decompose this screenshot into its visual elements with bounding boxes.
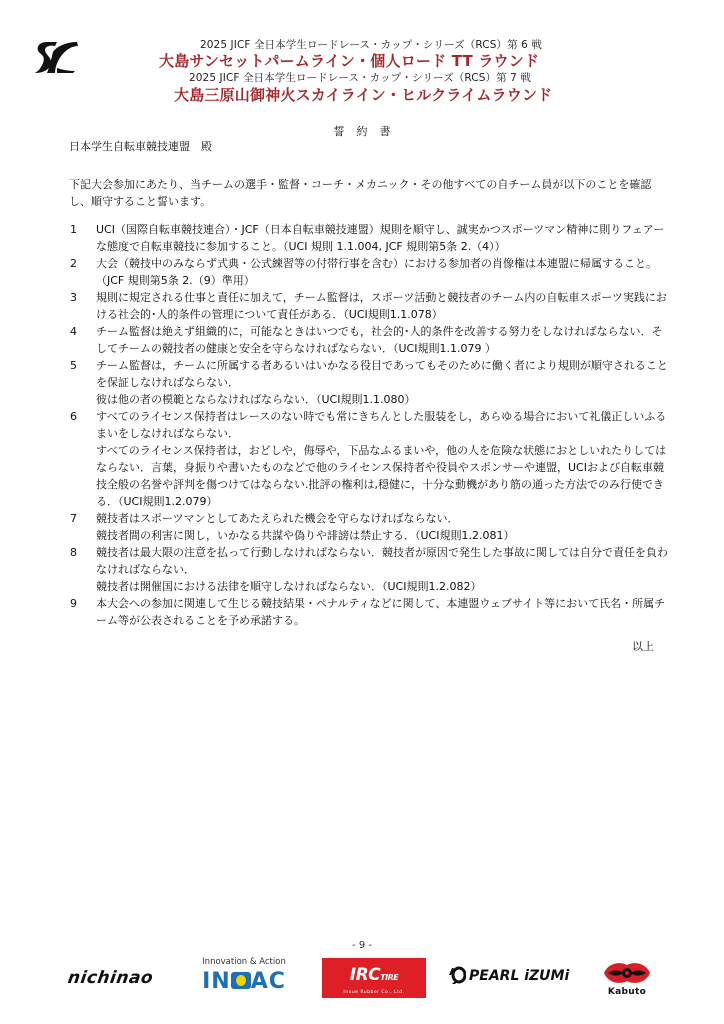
pledge-number: 6 [69, 408, 96, 510]
irc-mark: IRC [350, 965, 380, 985]
pledge-item: 1 UCI（国際自転車競技連合）・JCF（日本自転車競技連盟）規則を順守し、誠実… [69, 221, 669, 255]
pledge-text: チーム監督は，チームに所属する者あるいはいかなる役目であってもそのために働く者に… [96, 357, 669, 391]
pledge-number: 4 [69, 323, 96, 357]
pledge-item: 2 大会（競技中のみならず式典・公式練習等の付帯行事を含む）における参加者の肖像… [69, 255, 669, 289]
pledge-text: 競技者は最大限の注意を払って行動しなければならない．競技者が原因で発生した事故に… [96, 544, 669, 578]
closing-mark: 以上 [632, 638, 654, 654]
race-title-round-7: 大島三原山御神火スカイライン・ヒルクライムラウンド [174, 86, 552, 104]
kabuto-helmet-icon [602, 961, 652, 985]
pledge-number: 5 [69, 357, 96, 408]
pledge-number: 9 [69, 595, 96, 629]
pledge-text: 競技者間の利害に関し，いかなる共謀や偽りや誹謗は禁止する．（UCI規則1.2.0… [96, 527, 669, 544]
pledge-text: 本大会への参加に関連して生じる競技結果・ペナルティなどに関して、本連盟ウェブサイ… [96, 595, 669, 629]
addressee: 日本学生自転車競技連盟 殿 [69, 140, 212, 154]
pledge-number: 2 [69, 255, 96, 289]
pledge-text: 競技者は開催国における法律を順守しなければならない．（UCI規則1.2.082） [96, 578, 669, 595]
kabuto-logo: Kabuto [595, 961, 659, 998]
pledge-list: 1 UCI（国際自転車競技連合）・JCF（日本自転車競技連盟）規則を順守し、誠実… [69, 221, 669, 629]
series-line-round-6: 2025 JICF 全日本学生ロードレース・カップ・シリーズ（RCS）第 6 戦 [200, 38, 542, 52]
inoac-left: IN [202, 969, 231, 994]
irc-tire-logo: IRCTIRE Inoue Rubber Co., Ltd. [322, 958, 426, 998]
race-title-round-6: 大島サンセットパームライン・個人ロード TT ラウンド [159, 52, 539, 70]
pearl-izumi-text: PEARL iZUMi [469, 968, 569, 984]
pledge-item: 5 チーム監督は，チームに所属する者あるいはいかなる役目であってもそのために働く… [69, 357, 669, 408]
document-title: 誓約書 [0, 123, 724, 139]
sponsor-bar: nichinao Innovation & Action INAC IRCTIR… [0, 955, 724, 1005]
inoac-o-icon [231, 972, 251, 989]
inoac-logo: Innovation & Action INAC [192, 957, 296, 994]
irc-wordmark: IRCTIRE [322, 963, 426, 990]
pledge-item: 3 規則に規定される仕事と責任に加えて，チーム監督は，スポーツ活動と競技者のチー… [69, 289, 669, 323]
inoac-wordmark: INAC [192, 970, 296, 994]
pledge-text: 競技者はスポーツマンとしてあたえられた機会を守らなければならない． [96, 510, 669, 527]
pledge-item: 6 すべてのライセンス保持者はレースのない時でも常にきちんとした服装をし，あらゆ… [69, 408, 669, 510]
pearl-izumi-logo: PEARL iZUMi [448, 966, 569, 984]
pearl-izumi-icon [448, 966, 466, 984]
inoac-right: AC [251, 969, 286, 994]
pledge-text: すべてのライセンス保持者は，おどしや，侮辱や，下品なふるまいや，他の人を危険な状… [96, 442, 669, 510]
pledge-item: 7 競技者はスポーツマンとしてあたえられた機会を守らなければならない． 競技者間… [69, 510, 669, 544]
pledge-number: 1 [69, 221, 96, 255]
irc-tire-text: TIRE [380, 973, 398, 982]
pledge-text: チーム監督は絶えず組織的に，可能なときはいつでも，社会的･人的条件を改善する努力… [96, 323, 669, 357]
pledge-number: 8 [69, 544, 96, 595]
irc-company: Inoue Rubber Co., Ltd. [322, 990, 426, 996]
pledge-text: 彼は他の者の模範とならなければならない．（UCI規則1.1.080） [96, 391, 669, 408]
pledge-item: 9 本大会への参加に関連して生じる競技結果・ペナルティなどに関して、本連盟ウェブ… [69, 595, 669, 629]
kabuto-text: Kabuto [595, 987, 659, 998]
pledge-text: 規則に規定される仕事と責任に加えて，チーム監督は，スポーツ活動と競技者のチーム内… [96, 289, 669, 323]
pledge-item: 8 競技者は最大限の注意を払って行動しなければならない．競技者が原因で発生した事… [69, 544, 669, 595]
pledge-text: すべてのライセンス保持者はレースのない時でも常にきちんとした服装をし，あらゆる場… [96, 408, 669, 442]
pledge-item: 4 チーム監督は絶えず組織的に，可能なときはいつでも，社会的･人的条件を改善する… [69, 323, 669, 357]
sc-logo-icon [33, 40, 79, 74]
pledge-text: 大会（競技中のみならず式典・公式練習等の付帯行事を含む）における参加者の肖像権は… [96, 255, 669, 289]
page-number: - 9 - [0, 940, 724, 951]
nichinao-logo: nichinao [67, 968, 155, 988]
intro-paragraph: 下記大会参加にあたり、当チームの選手・監督・コーチ・メカニック・その他すべての自… [69, 176, 669, 210]
pledge-text: UCI（国際自転車競技連合）・JCF（日本自転車競技連盟）規則を順守し、誠実かつ… [96, 221, 669, 255]
pledge-number: 7 [69, 510, 96, 544]
inoac-tagline: Innovation & Action [192, 957, 296, 967]
pledge-number: 3 [69, 289, 96, 323]
series-line-round-7: 2025 JICF 全日本学生ロードレース・カップ・シリーズ（RCS）第 7 戦 [189, 71, 531, 85]
